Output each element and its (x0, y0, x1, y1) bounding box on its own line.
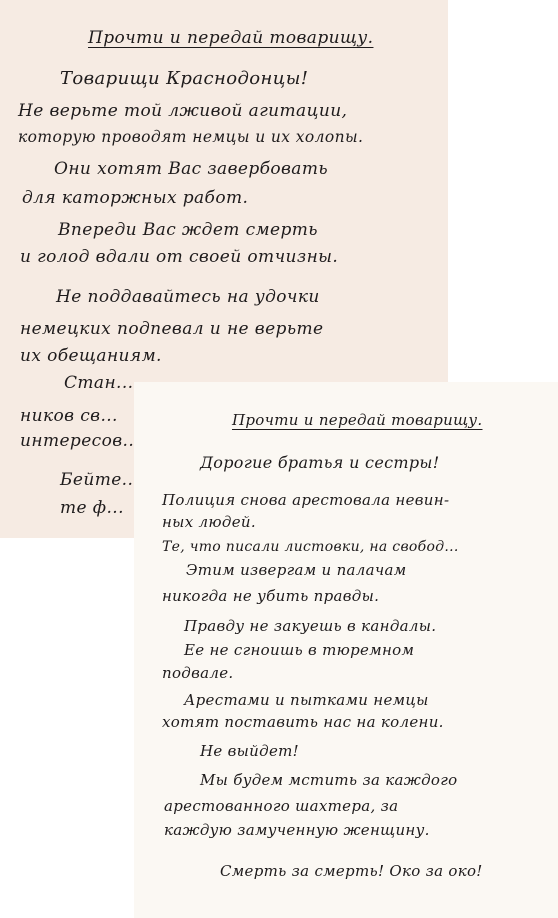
leaflet-1-line: интересов... (20, 433, 140, 450)
leaflet-2-line: хотят поставить нас на колени. (162, 715, 444, 730)
leaflet-2-line: подвале. (162, 666, 233, 681)
leaflet-2-line: никогда не убить правды. (162, 589, 379, 604)
leaflet-1-line: те ф... (60, 500, 124, 517)
leaflet-1-line: которую проводят немцы и их холопы. (18, 130, 363, 146)
leaflet-1-line: Стан... (64, 375, 133, 392)
leaflet-1-line: Впереди Вас ждет смерть (58, 222, 318, 239)
leaflet-1-line: ников св... (20, 408, 118, 425)
leaflet-sheet-2: Прочти и передай товарищу. Дорогие брать… (134, 382, 558, 918)
leaflet-2-line: каждую замученную женщину. (164, 823, 430, 838)
leaflet-2-line: Не выйдет! (200, 744, 299, 759)
leaflet-2-line: Ее не сгноишь в тюремном (184, 643, 414, 658)
leaflet-1-salutation: Товарищи Краснодонцы! (60, 70, 308, 88)
leaflet-1-line: Бейте... (60, 472, 139, 489)
leaflet-1-line: Не верьте той лживой агитации, (18, 103, 347, 120)
leaflet-1-line: Они хотят Вас завербовать (54, 161, 328, 178)
leaflet-1-line: для каторжных работ. (22, 190, 248, 207)
leaflet-2-closing: Смерть за смерть! Око за око! (220, 864, 483, 879)
leaflet-2-line: Мы будем мстить за каждого (200, 773, 457, 788)
leaflet-2-line: Правду не закуешь в кандалы. (184, 619, 436, 634)
leaflet-2-line: ных людей. (162, 515, 256, 530)
leaflet-1-line: немецких подпевал и не верьте (20, 321, 323, 338)
leaflet-1-line: и голод вдали от своей отчизны. (20, 249, 338, 266)
leaflet-2-salutation: Дорогие братья и сестры! (200, 455, 439, 471)
leaflet-1-heading: Прочти и передай товарищу. (88, 30, 373, 47)
leaflet-2-heading: Прочти и передай товарищу. (232, 413, 483, 428)
leaflet-1-line: их обещаниям. (20, 348, 162, 365)
leaflet-2-line: Арестами и пытками немцы (184, 693, 429, 708)
leaflet-2-line: Полиция снова арестовала невин- (162, 493, 449, 508)
leaflet-2-line: Этим извергам и палачам (186, 563, 406, 578)
leaflet-2-line: арестованного шахтера, за (164, 799, 398, 814)
leaflet-1-line: Не поддавайтесь на удочки (56, 289, 320, 306)
leaflet-2-line: Те, что писали листовки, на свобод... (162, 540, 459, 554)
